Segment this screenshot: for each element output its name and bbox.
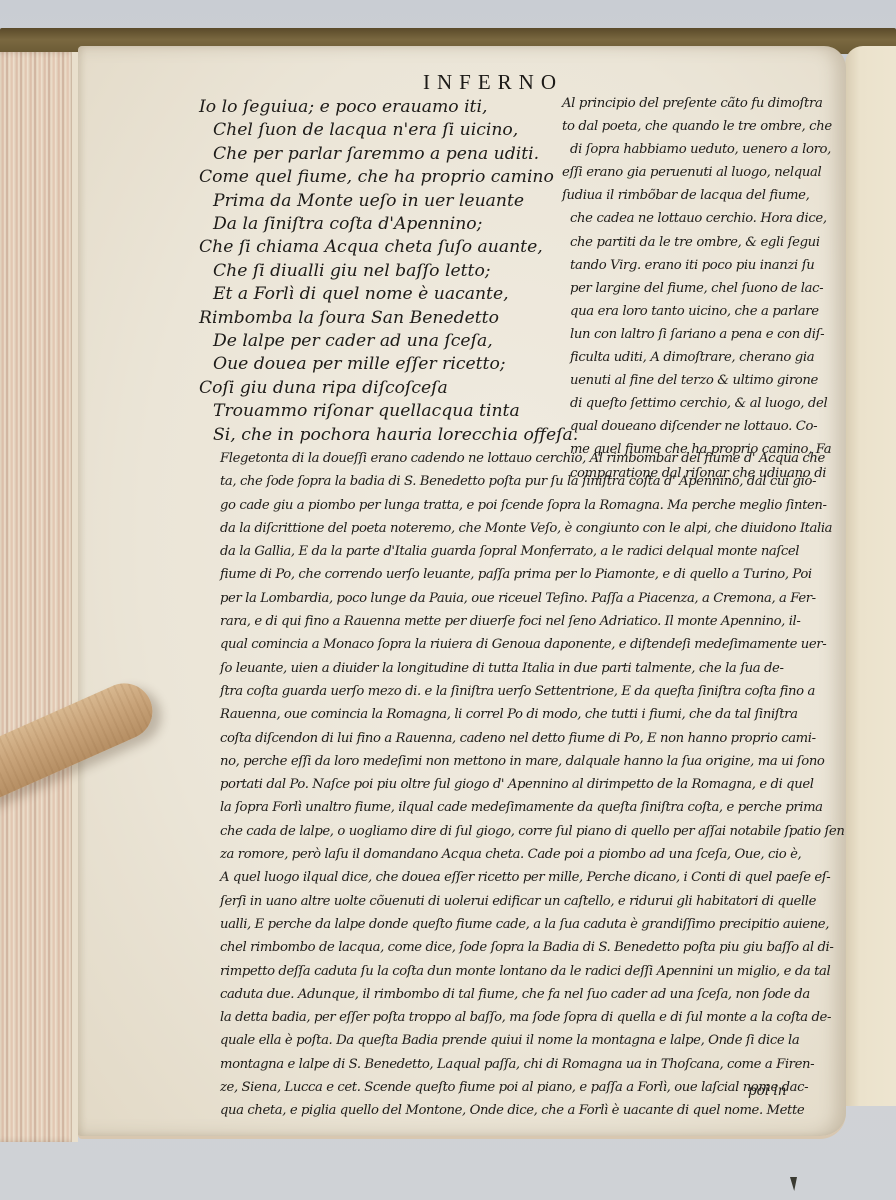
commentary-line: Flegetonta di la doueſſi erano cadendo n…: [220, 447, 840, 470]
verse-line: Oue douea per mille eſſer ricetto;: [199, 353, 559, 376]
verse-line: Et a Forlì di quel nome è uacante,: [199, 283, 559, 306]
commentary-line: che cada de lalpe, o uogliamo dire di ſu…: [220, 820, 840, 843]
verse-line: Io lo ſeguiua; e poco erauamo iti,: [199, 96, 559, 119]
bookmark-tab-icon: [790, 1177, 797, 1191]
commentary-line: la detta badia, per eſſer poſta troppo a…: [220, 1006, 840, 1029]
commentary-line: qua era loro tanto uicino, che a parlare: [562, 300, 842, 323]
commentary-line: tando Virg. erano iti poco piu inanzi ſu: [562, 254, 842, 277]
commentary-line: ſerſi in uano altre uolte cõuenuti di uo…: [220, 890, 840, 913]
commentary-line: Rauenna, oue comincia la Romagna, li cor…: [220, 703, 840, 726]
verse-line: Come quel fiume, che ha proprio camino: [199, 166, 559, 189]
verse-line: Coſi giu duna ripa diſcoſceſa: [199, 377, 559, 400]
commentary-line: ualli, E perche da lalpe donde queſto fi…: [220, 913, 840, 936]
commentary-line: rara, e di qui fino a Rauenna mette per …: [220, 610, 840, 633]
commentary-line: go cade giu a piombo per lunga tratta, e…: [220, 494, 840, 517]
commentary-line: per la Lombardia, poco lunge da Pauia, o…: [220, 587, 840, 610]
commentary-line: A quel luogo ilqual dice, che douea eſſe…: [220, 866, 840, 889]
commentary-line: caduta due. Adunque, il rimbombo di tal …: [220, 983, 840, 1006]
commentary-line: quale ella è poſta. Da queſta Badia pren…: [220, 1029, 840, 1052]
commentary-line: di ſopra habbiamo ueduto, uenero a loro,: [562, 138, 842, 161]
commentary-line: fiume di Po, che correndo uerſo leuante,…: [220, 563, 840, 586]
commentary-right-column: Al principio del preſente cãto fu dimoſt…: [562, 92, 842, 485]
commentary-line: ſudiua il rimbõbar de lacqua del fiume,: [562, 184, 842, 207]
verse-line: Che ſi chiama Acqua cheta ſuſo auante,: [199, 236, 559, 259]
commentary-line: eſſi erano gia peruenuti al luogo, nelqu…: [562, 161, 842, 184]
catchword: poi in: [748, 1083, 786, 1099]
commentary-line: montagna e lalpe di S. Benedetto, Laqual…: [220, 1053, 840, 1076]
page-block-edges: [0, 52, 78, 1142]
commentary-line: za romore, però laſu il domandano Acqua …: [220, 843, 840, 866]
verse-block: Io lo ſeguiua; e poco erauamo iti, Chel …: [199, 96, 559, 447]
running-head: INFERNO: [423, 70, 563, 95]
commentary-line: ficulta uditi, A dimoſtrare, cherano gia: [562, 346, 842, 369]
commentary-line: no, perche eſſi da loro medeſimi non met…: [220, 750, 840, 773]
commentary-line: qua cheta, e piglia quello del Montone, …: [220, 1099, 840, 1122]
commentary-line: uenuti al fine del terzo & ultimo girone: [562, 369, 842, 392]
commentary-line: da la Gallia, E da la parte d'Italia gua…: [220, 540, 840, 563]
commentary-line: la ſopra Forlì unaltro fiume, ilqual cad…: [220, 796, 840, 819]
commentary-line: ſtra coſta guarda uerſo mezo di. e la ſi…: [220, 680, 840, 703]
commentary-line: ta, che ſode ſopra la badia di S. Benede…: [220, 470, 840, 493]
commentary-line: di queſto ſettimo cerchio, & al luogo, d…: [562, 392, 842, 415]
verse-line: Prima da Monte ueſo in uer leuante: [199, 190, 559, 213]
verse-line: Rimbomba la ſoura San Benedetto: [199, 307, 559, 330]
verse-line: Si, che in pochora hauria lorecchia offe…: [199, 424, 559, 447]
commentary-line: coſta diſcendon di lui fino a Rauenna, c…: [220, 727, 840, 750]
verse-line: Da la ſiniſtra coſta d'Apennino;: [199, 213, 559, 236]
verse-line: Che per parlar ſaremmo a pena uditi.: [199, 143, 559, 166]
commentary-line: ze, Siena, Lucca e cet. Scende queſto fi…: [220, 1076, 840, 1099]
commentary-line: to dal poeta, che quando le tre ombre, c…: [562, 115, 842, 138]
verse-line: Trouammo riſonar quellacqua tinta: [199, 400, 559, 423]
verse-line: De lalpe per cader ad una ſceſa,: [199, 330, 559, 353]
commentary-line: qual doueano diſcender ne lottauo. Co-: [562, 415, 842, 438]
commentary-line: lun con laltro ſi ſariano a pena e con d…: [562, 323, 842, 346]
verse-line: Chel ſuon de lacqua n'era ſi uicino,: [199, 119, 559, 142]
commentary-full-width: Flegetonta di la doueſſi erano cadendo n…: [220, 447, 840, 1123]
commentary-line: chel rimbombo de lacqua, come dice, ſode…: [220, 936, 840, 959]
commentary-line: portati dal Po. Naſce poi piu oltre ſul …: [220, 773, 840, 796]
commentary-line: che partiti da le tre ombre, & egli ſegu…: [562, 231, 842, 254]
commentary-line: che cadea ne lottauo cerchio. Hora dice,: [562, 207, 842, 230]
commentary-line: qual comincia a Monaco ſopra la riuiera …: [220, 633, 840, 656]
commentary-line: ſo leuante, uien a diuider la longitudin…: [220, 657, 840, 680]
verse-line: Che ſi diualli giu nel baſſo letto;: [199, 260, 559, 283]
commentary-line: Al principio del preſente cãto fu dimoſt…: [562, 92, 842, 115]
commentary-line: da la diſcrittione del poeta noteremo, c…: [220, 517, 840, 540]
commentary-line: rimpetto deſſa caduta ſu la coſta dun mo…: [220, 960, 840, 983]
facing-page-edge: [845, 46, 896, 1106]
commentary-line: per largine del fiume, chel ſuono de lac…: [562, 277, 842, 300]
